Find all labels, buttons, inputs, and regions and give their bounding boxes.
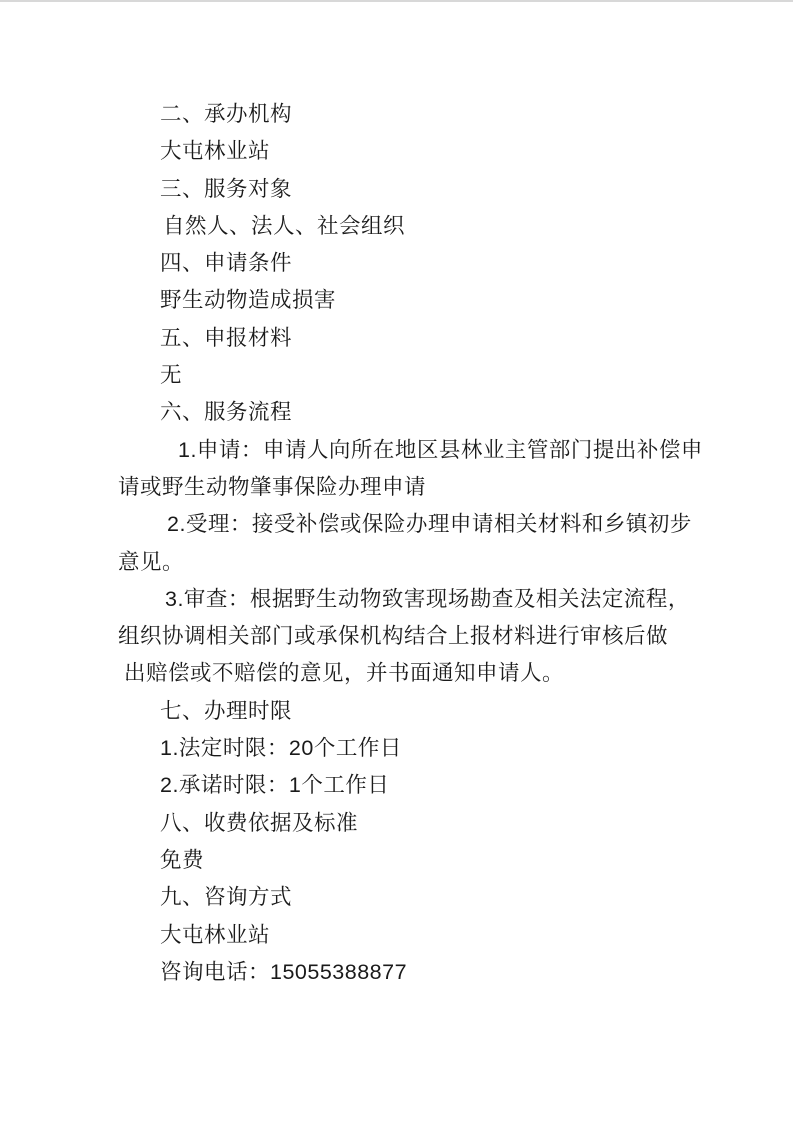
text-line: 三、服务对象 (118, 171, 773, 208)
text-line: 大屯林业站 (118, 133, 773, 170)
text-line: 四、申请条件 (118, 245, 773, 282)
text-line: 二、承办机构 (118, 96, 773, 133)
text-line: 组织协调相关部门或承保机构结合上报材料进行审核后做 (118, 618, 773, 655)
text-line: 八、收费依据及标准 (118, 805, 773, 842)
text-line: 2.受理：接受补偿或保险办理申请相关材料和乡镇初步 (118, 506, 773, 543)
text-line: 六、服务流程 (118, 394, 773, 431)
text-line: 请或野生动物肇事保险办理申请 (118, 469, 773, 506)
text-line: 大屯林业站 (118, 917, 773, 954)
text-line: 1.法定时限：20个工作日 (118, 730, 773, 767)
text-line: 3.审查：根据野生动物致害现场勘查及相关法定流程， (118, 581, 773, 618)
text-line: 出赔偿或不赔偿的意见，并书面通知申请人。 (118, 655, 773, 692)
text-line: 意见。 (118, 544, 773, 581)
document-page: { "page": { "background": "#ffffff", "te… (0, 0, 793, 1122)
page-top-edge (0, 0, 793, 2)
text-line: 无 (118, 357, 773, 394)
text-line: 七、办理时限 (118, 693, 773, 730)
document-text-body: 二、承办机构大屯林业站三、服务对象自然人、法人、社会组织四、申请条件野生动物造成… (118, 96, 773, 991)
text-line: 2.承诺时限：1个工作日 (118, 767, 773, 804)
text-line: 咨询电话：15055388877 (118, 954, 773, 991)
text-line: 九、咨询方式 (118, 879, 773, 916)
text-line: 1.申请：申请人向所在地区县林业主管部门提出补偿申 (118, 432, 773, 469)
text-line: 五、申报材料 (118, 320, 773, 357)
text-line: 免费 (118, 842, 773, 879)
text-line: 自然人、法人、社会组织 (118, 208, 773, 245)
text-line: 野生动物造成损害 (118, 282, 773, 319)
